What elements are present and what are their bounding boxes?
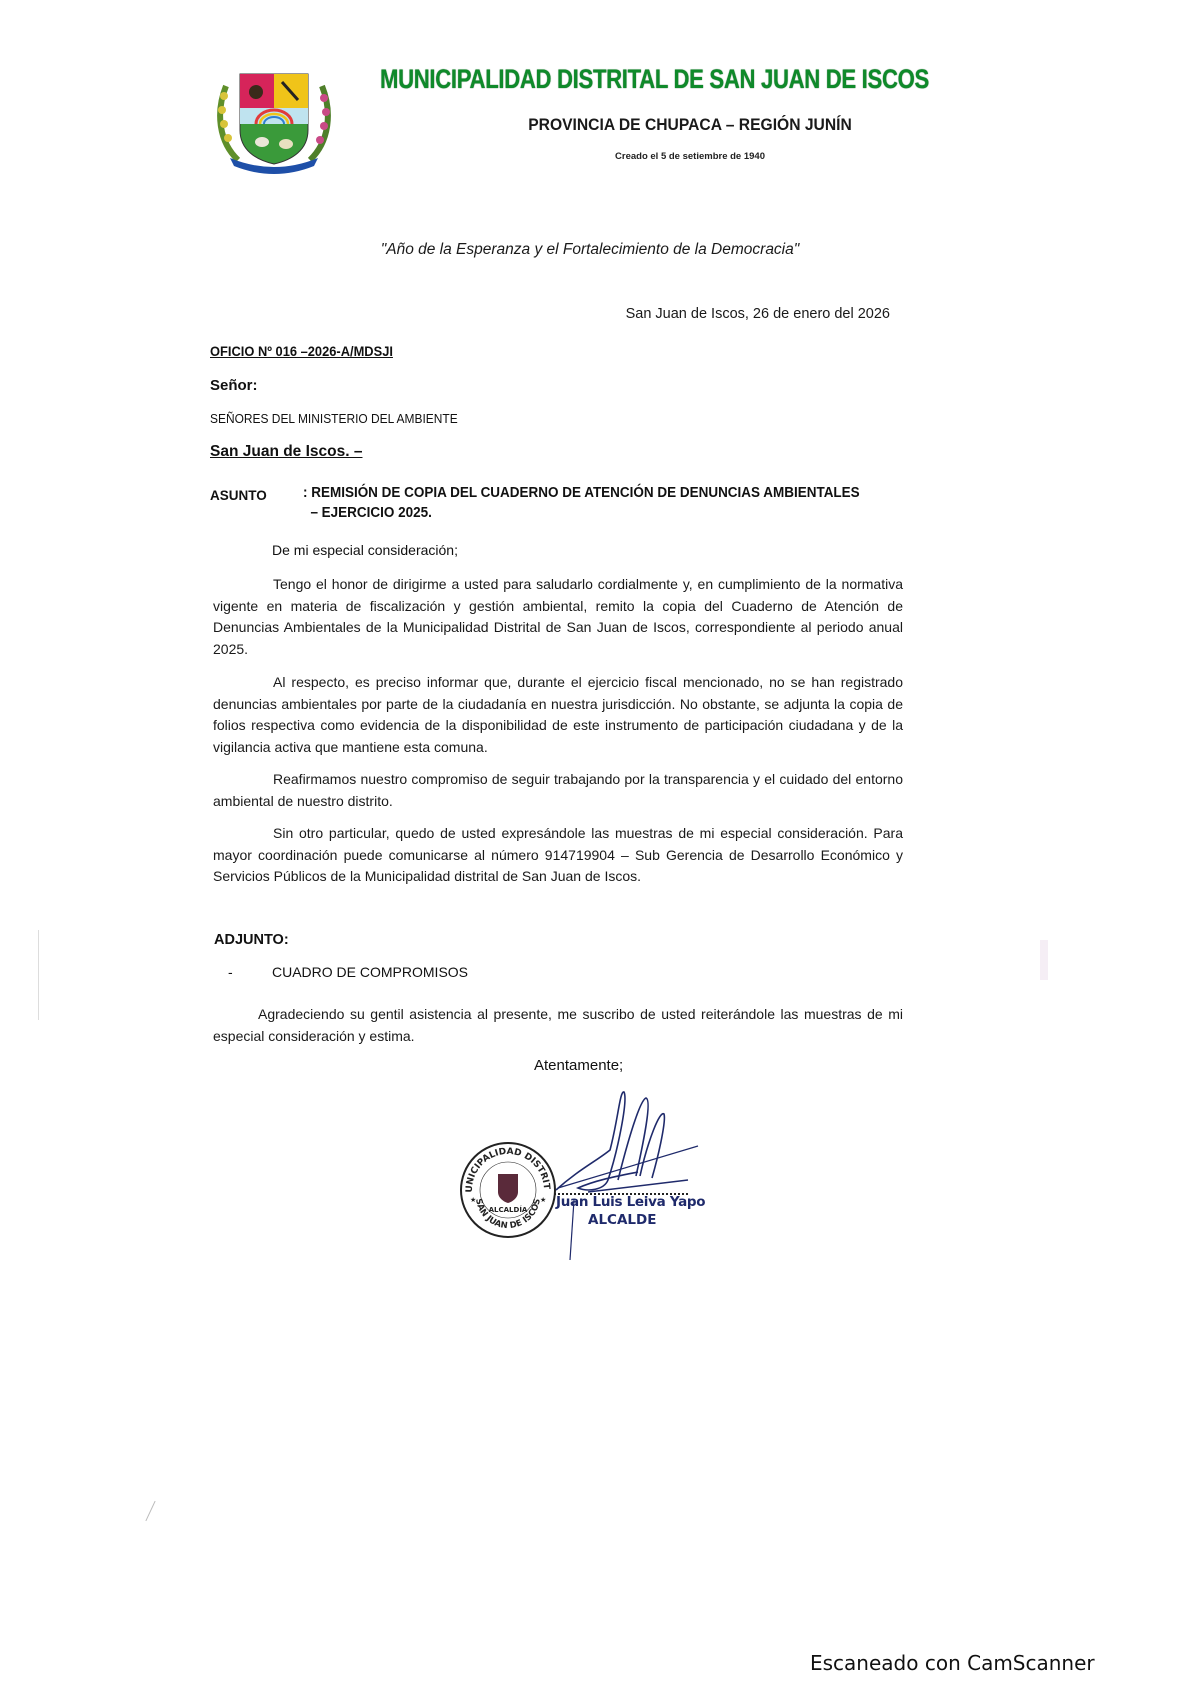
paragraph-text: Sin otro particular, quedo de usted expr… <box>213 825 903 884</box>
paragraph-text: Reafirmamos nuestro compromiso de seguir… <box>213 771 903 809</box>
body-paragraph: Al respecto, es preciso informar que, du… <box>213 672 903 758</box>
signer-name: Juan Luis Leiva Yapo <box>556 1194 705 1210</box>
recipient: SEÑORES DEL MINISTERIO DEL AMBIENTE <box>210 411 458 426</box>
scan-artifact <box>1040 940 1048 980</box>
bullet-dash: - <box>228 964 272 980</box>
paragraph-text: Tengo el honor de dirigirme a usted para… <box>213 576 903 657</box>
paragraph-text: Agradeciendo su gentil asistencia al pre… <box>213 1006 903 1044</box>
subject-line-2: – EJERCICIO 2025. <box>303 503 898 523</box>
svg-text:★: ★ <box>540 1196 546 1204</box>
official-seal-stamp: MUNICIPALIDAD DISTRITAL SAN JUAN DE ISCO… <box>458 1140 558 1240</box>
subject-label: ASUNTO <box>210 488 267 503</box>
attachment-item: -CUADRO DE COMPROMISOS <box>228 964 468 980</box>
letter-date: San Juan de Iscos, 26 de enero del 2026 <box>590 306 890 322</box>
final-paragraph: Agradeciendo su gentil asistencia al pre… <box>213 1004 903 1047</box>
recipient-city: San Juan de Iscos. – <box>210 443 362 461</box>
founded-date: Creado el 5 de setiembre de 1940 <box>520 151 860 162</box>
attachments-label: ADJUNTO: <box>214 932 289 948</box>
subject: : REMISIÓN DE COPIA DEL CUADERNO DE ATEN… <box>303 483 898 523</box>
municipal-crest-logo <box>212 66 336 174</box>
document-reference: OFICIO Nº 016 –2026-A/MDSJI <box>210 343 393 359</box>
body-paragraph: Reafirmamos nuestro compromiso de seguir… <box>213 769 903 812</box>
greeting: De mi especial consideración; <box>272 542 458 558</box>
paragraph-text: Al respecto, es preciso informar que, du… <box>213 674 903 755</box>
scan-artifact <box>38 930 39 1020</box>
province-region: PROVINCIA DE CHUPACA – REGIÓN JUNÍN <box>497 115 883 135</box>
body-paragraph: Tengo el honor de dirigirme a usted para… <box>213 574 903 660</box>
attachment-text: CUADRO DE COMPROMISOS <box>272 964 468 980</box>
scan-artifact <box>145 1501 155 1521</box>
body-paragraph: Sin otro particular, quedo de usted expr… <box>213 823 903 888</box>
svg-text:ALCALDÍA: ALCALDÍA <box>489 1205 528 1214</box>
salutation-title: Señor: <box>210 377 258 394</box>
camscanner-watermark: Escaneado con CamScanner <box>810 1651 1095 1675</box>
handwritten-signature <box>548 1080 708 1270</box>
signer-title: ALCALDE <box>588 1212 656 1228</box>
institution-name: MUNICIPALIDAD DISTRITAL DE SAN JUAN DE I… <box>380 64 847 95</box>
year-motto: "Año de la Esperanza y el Fortalecimient… <box>300 241 880 259</box>
subject-line-1: : REMISIÓN DE COPIA DEL CUADERNO DE ATEN… <box>303 483 898 503</box>
closing: Atentamente; <box>534 1057 623 1074</box>
svg-text:★: ★ <box>470 1196 476 1204</box>
